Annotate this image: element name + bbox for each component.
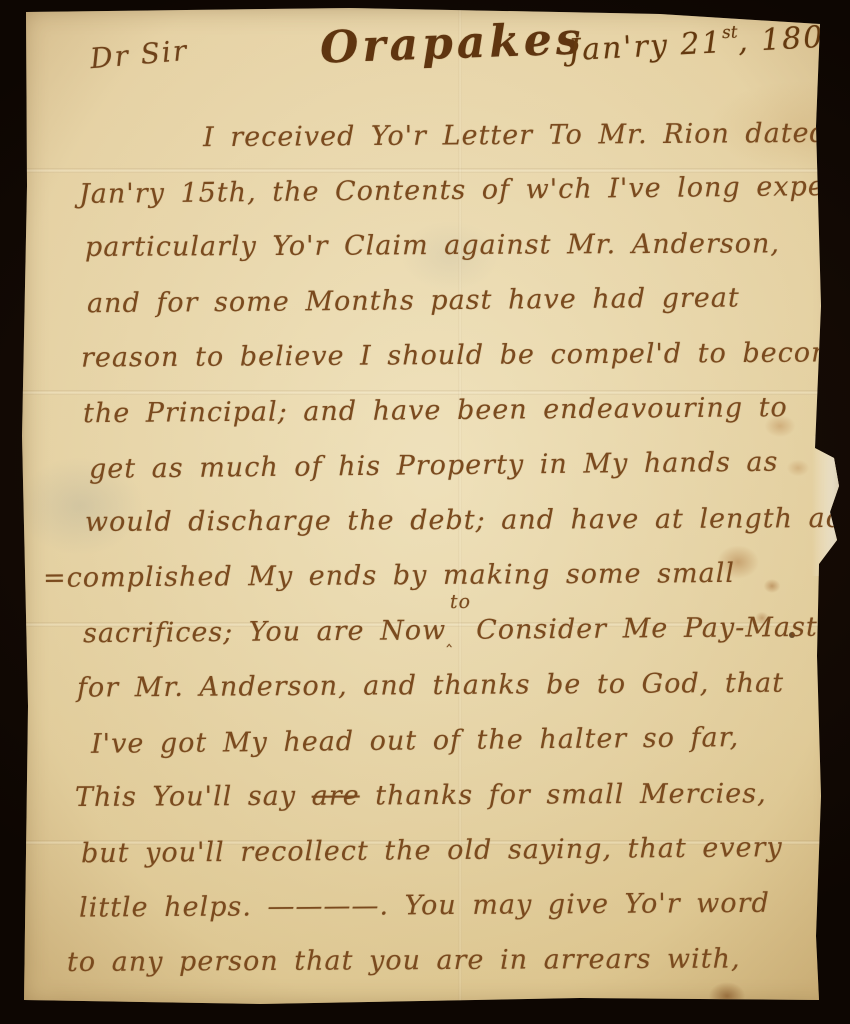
date-year: , 1806 xyxy=(737,19,846,60)
letter-paper: Dr Sir Orapakes Jan'ry 21st, 1806 I rece… xyxy=(20,6,842,1008)
letter-line: =complished My ends by making some small xyxy=(43,545,825,605)
date-ordinal-superscript: st xyxy=(721,22,738,43)
date-main: Jan'ry 21 xyxy=(567,25,723,68)
letter-line: and for some Months past have had great xyxy=(87,270,825,331)
line-text: thanks for small Mercies, xyxy=(360,778,767,811)
line-text: sacrifices; You are Now xyxy=(83,615,446,649)
letter-line: reason to believe I should be compel'd t… xyxy=(81,325,825,385)
letter-line: particularly Yo'r Claim against Mr. Ande… xyxy=(85,216,825,275)
letter-line: for Mr. Anderson, and thanks be to God, … xyxy=(77,655,825,715)
line-text: This You'll say xyxy=(75,781,312,813)
letter-line-with-insert: sacrifices; You are Nowto‸Consider Me Pa… xyxy=(83,600,825,661)
letter-line: the Principal; and have been endeavourin… xyxy=(83,380,825,441)
letter-line: but you'll recollect the old saying, tha… xyxy=(81,820,825,881)
letter-line: to any person that you are in arrears wi… xyxy=(67,931,825,990)
letter-line-with-strikethrough: This You'll say are thanks for small Mer… xyxy=(75,766,825,825)
letter-line: would discharge the debt; and have at le… xyxy=(85,491,825,550)
struck-word: are xyxy=(312,780,360,811)
letter-line: I received Yo'r Letter To Mr. Rion dated xyxy=(203,106,825,165)
line-text: Consider Me Pay-Master xyxy=(476,612,849,646)
letter-line: I've got My head out of the halter so fa… xyxy=(91,709,826,772)
handwriting-layer: Dr Sir Orapakes Jan'ry 21st, 1806 I rece… xyxy=(20,6,842,1008)
letter-body: I received Yo'r Letter To Mr. Rion dated… xyxy=(75,108,825,988)
dateline-date: Jan'ry 21st, 1806 xyxy=(567,17,846,68)
scan-background: Dr Sir Orapakes Jan'ry 21st, 1806 I rece… xyxy=(0,0,850,1024)
insertion-mark: to‸ xyxy=(446,609,476,639)
inserted-word: to xyxy=(450,575,472,630)
salutation: Dr Sir xyxy=(89,34,190,75)
letter-line: get as much of his Property in My hands … xyxy=(89,434,826,497)
dateline-place: Orapakes xyxy=(319,13,585,73)
letter-line: Jan'ry 15th, the Contents of w'ch I've l… xyxy=(79,159,826,222)
letter-line: little helps. ————. You may give Yo'r wo… xyxy=(79,875,825,935)
